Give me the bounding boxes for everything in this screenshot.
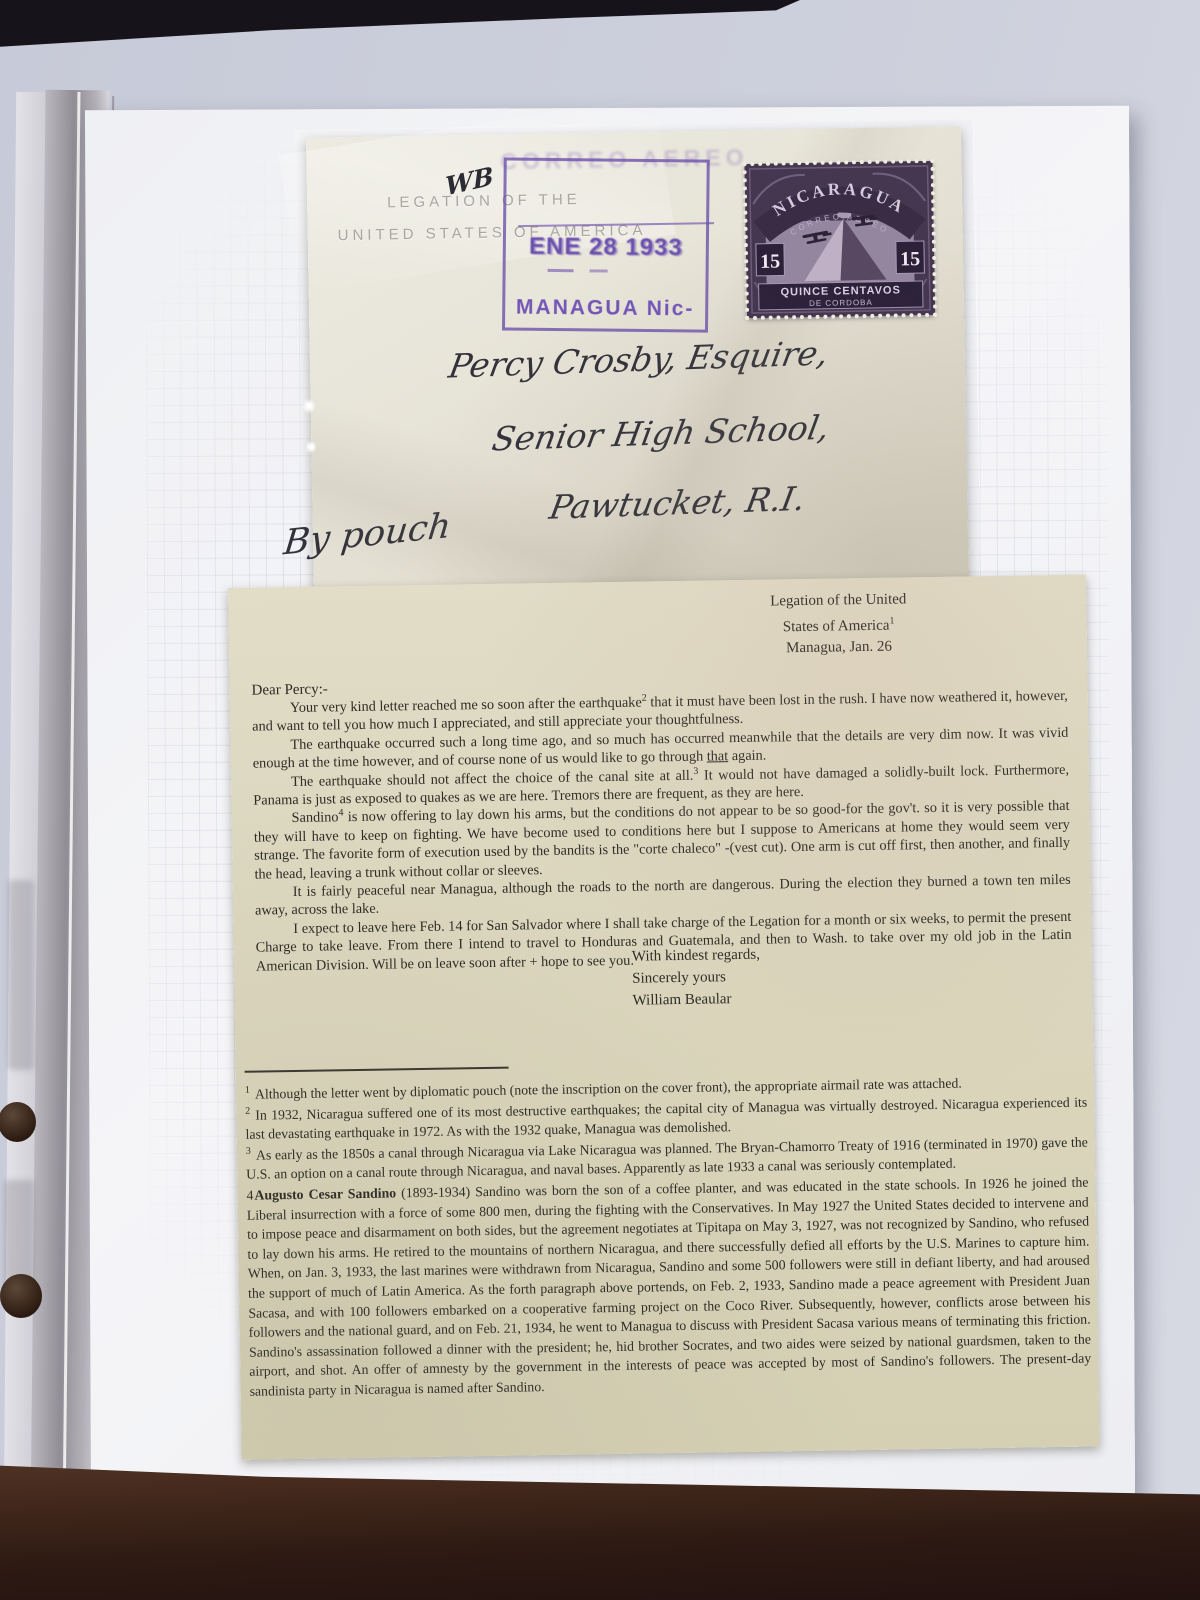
closing-line-2: Sincerely yours [632, 966, 760, 990]
letterhead-line-2: States of America1 [728, 610, 948, 639]
boxed-postmark: ENE 28 1933 MANAGUA Nic- [502, 157, 710, 332]
footnote-number: 3 [246, 1146, 251, 1157]
photo-of-album-page: CORREO AEREO WB LEGATION OF THE UNITED S… [0, 0, 1200, 1600]
show-through-marks [8, 880, 34, 1070]
footnote-number: 2 [245, 1106, 250, 1117]
footnote: 4Augusto Cesar Sandino (1893-1934) Sandi… [246, 1173, 1091, 1402]
stamp-value-right: 15 [900, 248, 920, 270]
address-line-2: Senior High School, [489, 408, 832, 459]
stamp-value-left: 15 [760, 250, 780, 272]
typed-letter: Legation of the United States of America… [228, 575, 1100, 1460]
postmark-dash [590, 269, 608, 272]
letter-paragraph: Sandino4 is now offering to lay down his… [253, 797, 1070, 883]
punch-hole [0, 1274, 42, 1318]
address-line-3: Pawtucket, R.I. [547, 479, 809, 527]
signature-name: William Beaular [632, 988, 760, 1012]
footnote-ref-1: 1 [889, 616, 894, 627]
background-shadow-top [0, 0, 800, 52]
letterhead: Legation of the United States of America… [728, 589, 949, 660]
stamp-denomination-line2: DE CORDOBA [809, 298, 873, 308]
salutation: Dear Percy:- [251, 681, 327, 699]
postmark-location: MANAGUA Nic- [505, 295, 705, 321]
postmark-inner-line [518, 222, 714, 227]
footnote-number: 4 [246, 1188, 253, 1203]
footnote-number: 1 [245, 1085, 250, 1096]
closing-block: With kindest regards, Sincerely yours Wi… [632, 944, 761, 1012]
postmark-date: ENE 28 1933 [506, 232, 706, 262]
footnote-separator-rule [245, 1067, 509, 1073]
letter-body: Your very kind letter reached me so soon… [252, 687, 1072, 976]
stamp-vignette: NICARAGUA CORREO AEREO [744, 161, 935, 318]
letterhead-line-3: Managua, Jan. 26 [729, 636, 949, 660]
glare-glint [306, 440, 316, 454]
address-line-1: Percy Crosby, Esquire, [446, 333, 832, 385]
closing-line-1: With kindest regards, [632, 944, 760, 968]
glare-glint [303, 398, 315, 414]
stamp-denomination-line1: QUINCE CENTAVOS [780, 284, 901, 298]
postmark-dash [548, 269, 574, 272]
nicaragua-airmail-stamp: NICARAGUA CORREO AEREO [744, 161, 935, 318]
envelope-cover: CORREO AEREO WB LEGATION OF THE UNITED S… [306, 126, 969, 605]
footnotes-block: 1Although the letter went by diplomatic … [245, 1072, 1092, 1403]
